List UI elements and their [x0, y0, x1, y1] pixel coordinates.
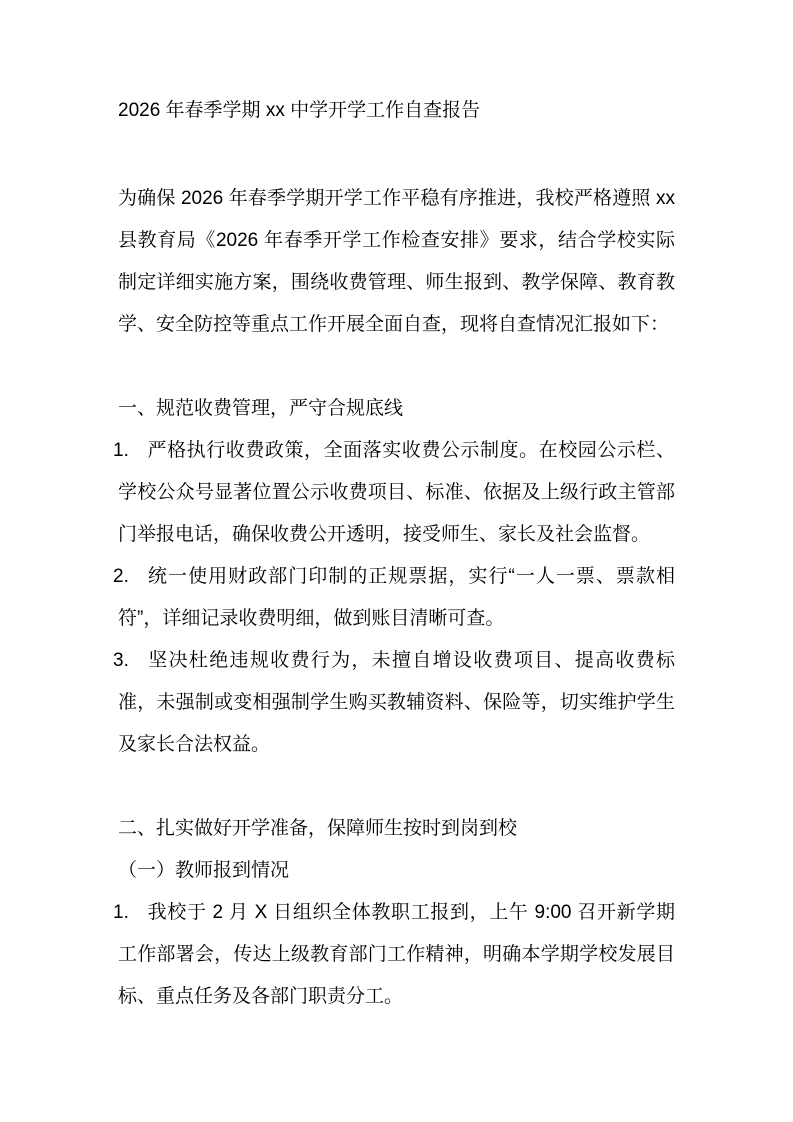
- list-item-text: 严格执行收费政策，全面落实收费公示制度。在校园公示栏、学校公众号显著位置公示收费…: [118, 440, 675, 545]
- document-title: 2026 年春季学期 xx 中学开学工作自查报告: [118, 90, 675, 132]
- intro-paragraph: 为确保 2026 年春季学期开学工作平稳有序推进，我校严格遵照 xx 县教育局《…: [118, 178, 675, 346]
- list-item-text: 我校于 2 月 X 日组织全体教职工报到，上午 9:00 召开新学期工作部署会，…: [118, 902, 675, 1007]
- list-number: 1.: [113, 430, 147, 472]
- document-page: 2026 年春季学期 xx 中学开学工作自查报告 为确保 2026 年春季学期开…: [0, 0, 793, 1122]
- list-item-text: 统一使用财政部门印制的正规票据，实行“一人一票、票款相符”，详细记录收费明细，做…: [118, 566, 675, 629]
- section-2-item-1: 1.我校于 2 月 X 日组织全体教职工报到，上午 9:00 召开新学期工作部署…: [118, 892, 675, 1018]
- section-1-item-2: 2.统一使用财政部门印制的正规票据，实行“一人一票、票款相符”，详细记录收费明细…: [118, 556, 675, 640]
- list-number: 3.: [113, 640, 147, 682]
- section-2-subheading: （一）教师报到情况: [118, 850, 675, 892]
- list-number: 2.: [113, 556, 147, 598]
- list-number: 1.: [113, 892, 147, 934]
- section-1-heading: 一、规范收费管理，严守合规底线: [118, 388, 675, 430]
- section-1-item-1: 1.严格执行收费政策，全面落实收费公示制度。在校园公示栏、学校公众号显著位置公示…: [118, 430, 675, 556]
- section-1-item-3: 3.坚决杜绝违规收费行为，未擅自增设收费项目、提高收费标准，未强制或变相强制学生…: [118, 640, 675, 766]
- list-item-text: 坚决杜绝违规收费行为，未擅自增设收费项目、提高收费标准，未强制或变相强制学生购买…: [118, 650, 675, 755]
- section-2-heading: 二、扎实做好开学准备，保障师生按时到岗到校: [118, 808, 675, 850]
